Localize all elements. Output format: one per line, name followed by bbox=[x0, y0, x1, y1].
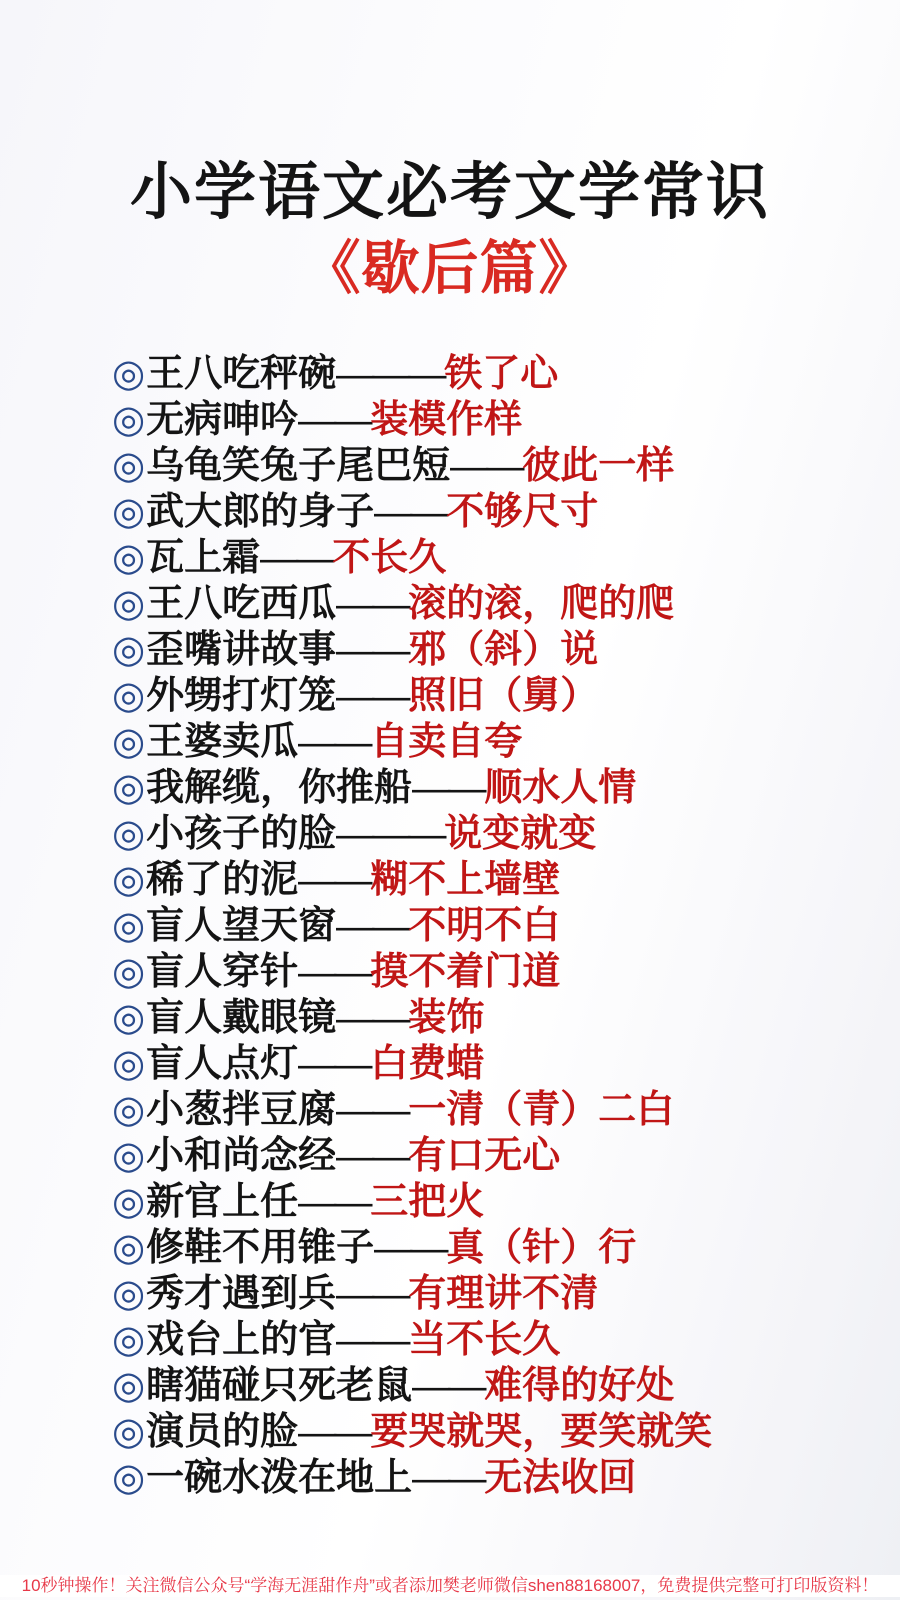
item-dash: —— bbox=[260, 537, 332, 579]
item-question: 瓦上霜 bbox=[146, 537, 260, 579]
item-question: 演员的脸 bbox=[146, 1411, 298, 1453]
item-dash: ——— bbox=[336, 353, 444, 395]
list-item: ◎稀了的泥——糊不上墙壁 bbox=[112, 857, 900, 903]
item-answer: 一清（青）二白 bbox=[408, 1089, 674, 1131]
item-question: 小和尚念经 bbox=[146, 1135, 336, 1177]
item-answer: 照旧（舅） bbox=[408, 675, 598, 717]
item-question: 盲人望天窗 bbox=[146, 905, 336, 947]
list-item: ◎瓦上霜——不长久 bbox=[112, 535, 900, 581]
bullet-icon: ◎ bbox=[112, 1135, 145, 1177]
bullet-icon: ◎ bbox=[112, 905, 145, 947]
item-answer: 装模作样 bbox=[370, 399, 522, 441]
list-item: ◎修鞋不用锥子——真（针）行 bbox=[112, 1225, 900, 1271]
list-item: ◎王婆卖瓜——自卖自夸 bbox=[112, 719, 900, 765]
bullet-icon: ◎ bbox=[112, 353, 145, 395]
bullet-icon: ◎ bbox=[112, 1043, 145, 1085]
list-item: ◎小葱拌豆腐——一清（青）二白 bbox=[112, 1087, 900, 1133]
list-item: ◎歪嘴讲故事——邪（斜）说 bbox=[112, 627, 900, 673]
poster-page: 小学语文必考文学常识 《歇后篇》 ◎王八吃秤碗———铁了心 ◎无病呻吟——装模作… bbox=[0, 0, 900, 1600]
bullet-icon: ◎ bbox=[112, 813, 145, 855]
item-question: 戏台上的官 bbox=[146, 1319, 336, 1361]
list-item: ◎盲人望天窗——不明不白 bbox=[112, 903, 900, 949]
list-item: ◎小和尚念经——有口无心 bbox=[112, 1133, 900, 1179]
item-dash: —— bbox=[298, 951, 370, 993]
item-question: 一碗水泼在地上 bbox=[146, 1457, 412, 1499]
item-answer: 糊不上墙壁 bbox=[370, 859, 560, 901]
item-dash: —— bbox=[336, 1089, 408, 1131]
item-question: 我解缆，你推船 bbox=[146, 767, 412, 809]
bullet-icon: ◎ bbox=[112, 1181, 145, 1223]
item-answer: 当不长久 bbox=[408, 1319, 560, 1361]
item-answer: 不明不白 bbox=[408, 905, 560, 947]
bullet-icon: ◎ bbox=[112, 445, 145, 487]
bullet-icon: ◎ bbox=[112, 767, 145, 809]
bullet-icon: ◎ bbox=[112, 1457, 145, 1499]
item-dash: —— bbox=[412, 767, 484, 809]
item-answer: 自卖自夸 bbox=[370, 721, 522, 763]
list-item: ◎王八吃秤碗———铁了心 bbox=[112, 351, 900, 397]
item-dash: —— bbox=[336, 629, 408, 671]
item-question: 王八吃西瓜 bbox=[146, 583, 336, 625]
item-answer: 无法收回 bbox=[484, 1457, 636, 1499]
item-question: 新官上任 bbox=[146, 1181, 298, 1223]
item-question: 盲人戴眼镜 bbox=[146, 997, 336, 1039]
item-question: 乌龟笑兔子尾巴短 bbox=[146, 445, 450, 487]
item-answer: 彼此一样 bbox=[522, 445, 674, 487]
bullet-icon: ◎ bbox=[112, 951, 145, 993]
list-item: ◎王八吃西瓜——滚的滚，爬的爬 bbox=[112, 581, 900, 627]
item-question: 外甥打灯笼 bbox=[146, 675, 336, 717]
footer-notice: 10秒钟操作！关注微信公众号“学海无涯甜作舟”或者添加樊老师微信shen8816… bbox=[0, 1575, 900, 1597]
list-item: ◎乌龟笑兔子尾巴短——彼此一样 bbox=[112, 443, 900, 489]
item-dash: —— bbox=[336, 997, 408, 1039]
bullet-icon: ◎ bbox=[112, 997, 145, 1039]
list-item: ◎一碗水泼在地上——无法收回 bbox=[112, 1455, 900, 1501]
item-question: 无病呻吟 bbox=[146, 399, 298, 441]
item-answer: 要哭就哭，要笑就笑 bbox=[370, 1411, 712, 1453]
bullet-icon: ◎ bbox=[112, 1273, 145, 1315]
item-answer: 摸不着门道 bbox=[370, 951, 560, 993]
item-dash: —— bbox=[298, 721, 370, 763]
item-dash: —— bbox=[336, 905, 408, 947]
item-dash: —— bbox=[336, 1319, 408, 1361]
item-question: 王八吃秤碗 bbox=[146, 353, 336, 395]
item-question: 歪嘴讲故事 bbox=[146, 629, 336, 671]
item-question: 瞎猫碰只死老鼠 bbox=[146, 1365, 412, 1407]
item-dash: —— bbox=[336, 583, 408, 625]
bullet-icon: ◎ bbox=[112, 537, 145, 579]
item-dash: —— bbox=[374, 491, 446, 533]
item-answer: 邪（斜）说 bbox=[408, 629, 598, 671]
list-item: ◎秀才遇到兵——有理讲不清 bbox=[112, 1271, 900, 1317]
list-item: ◎新官上任——三把火 bbox=[112, 1179, 900, 1225]
bullet-icon: ◎ bbox=[112, 1319, 145, 1361]
bullet-icon: ◎ bbox=[112, 1365, 145, 1407]
item-question: 秀才遇到兵 bbox=[146, 1273, 336, 1315]
item-answer: 滚的滚，爬的爬 bbox=[408, 583, 674, 625]
item-question: 武大郎的身子 bbox=[146, 491, 374, 533]
item-answer: 装饰 bbox=[408, 997, 484, 1039]
item-dash: —— bbox=[298, 1181, 370, 1223]
item-question: 小孩子的脸 bbox=[146, 813, 336, 855]
bullet-icon: ◎ bbox=[112, 629, 145, 671]
bullet-icon: ◎ bbox=[112, 721, 145, 763]
list-item: ◎盲人点灯——白费蜡 bbox=[112, 1041, 900, 1087]
bullet-icon: ◎ bbox=[112, 1089, 145, 1131]
page-subtitle: 《歇后篇》 bbox=[0, 237, 900, 301]
bullet-icon: ◎ bbox=[112, 399, 145, 441]
list-item: ◎我解缆，你推船——顺水人情 bbox=[112, 765, 900, 811]
item-question: 小葱拌豆腐 bbox=[146, 1089, 336, 1131]
item-question: 盲人点灯 bbox=[146, 1043, 298, 1085]
item-answer: 顺水人情 bbox=[484, 767, 636, 809]
item-answer: 不够尺寸 bbox=[446, 491, 598, 533]
list-item: ◎小孩子的脸———说变就变 bbox=[112, 811, 900, 857]
bullet-icon: ◎ bbox=[112, 1411, 145, 1453]
item-answer: 有理讲不清 bbox=[408, 1273, 598, 1315]
list-item: ◎盲人穿针——摸不着门道 bbox=[112, 949, 900, 995]
item-answer: 白费蜡 bbox=[370, 1043, 484, 1085]
item-dash: —— bbox=[336, 1273, 408, 1315]
item-dash: —— bbox=[298, 859, 370, 901]
item-answer: 铁了心 bbox=[444, 353, 558, 395]
item-answer: 难得的好处 bbox=[484, 1365, 674, 1407]
item-dash: —— bbox=[298, 399, 370, 441]
item-dash: —— bbox=[336, 675, 408, 717]
item-dash: —— bbox=[298, 1411, 370, 1453]
item-question: 盲人穿针 bbox=[146, 951, 298, 993]
item-dash: —— bbox=[412, 1365, 484, 1407]
item-answer: 三把火 bbox=[370, 1181, 484, 1223]
bullet-icon: ◎ bbox=[112, 1227, 145, 1269]
bullet-icon: ◎ bbox=[112, 675, 145, 717]
xiehouyu-list: ◎王八吃秤碗———铁了心 ◎无病呻吟——装模作样 ◎乌龟笑兔子尾巴短——彼此一样… bbox=[112, 351, 900, 1501]
item-dash: —— bbox=[412, 1457, 484, 1499]
list-item: ◎瞎猫碰只死老鼠——难得的好处 bbox=[112, 1363, 900, 1409]
bullet-icon: ◎ bbox=[112, 859, 145, 901]
list-item: ◎演员的脸——要哭就哭，要笑就笑 bbox=[112, 1409, 900, 1455]
item-dash: —— bbox=[298, 1043, 370, 1085]
list-item: ◎武大郎的身子——不够尺寸 bbox=[112, 489, 900, 535]
item-question: 王婆卖瓜 bbox=[146, 721, 298, 763]
list-item: ◎戏台上的官——当不长久 bbox=[112, 1317, 900, 1363]
item-answer: 真（针）行 bbox=[446, 1227, 636, 1269]
item-question: 修鞋不用锥子 bbox=[146, 1227, 374, 1269]
item-question: 稀了的泥 bbox=[146, 859, 298, 901]
item-dash: ——— bbox=[336, 813, 444, 855]
page-title: 小学语文必考文学常识 bbox=[0, 0, 900, 229]
list-item: ◎无病呻吟——装模作样 bbox=[112, 397, 900, 443]
bullet-icon: ◎ bbox=[112, 583, 145, 625]
item-dash: —— bbox=[374, 1227, 446, 1269]
list-item: ◎外甥打灯笼——照旧（舅） bbox=[112, 673, 900, 719]
bullet-icon: ◎ bbox=[112, 491, 145, 533]
item-answer: 有口无心 bbox=[408, 1135, 560, 1177]
item-answer: 说变就变 bbox=[444, 813, 596, 855]
item-dash: —— bbox=[450, 445, 522, 487]
item-answer: 不长久 bbox=[332, 537, 446, 579]
list-item: ◎盲人戴眼镜——装饰 bbox=[112, 995, 900, 1041]
item-dash: —— bbox=[336, 1135, 408, 1177]
